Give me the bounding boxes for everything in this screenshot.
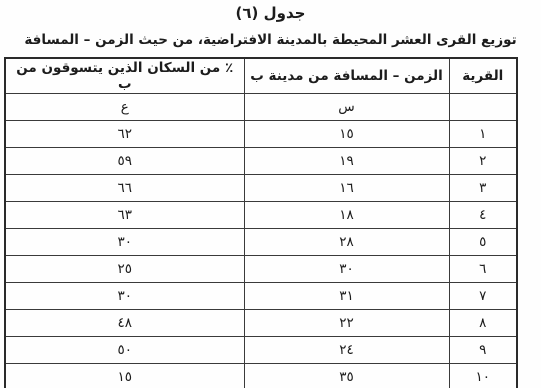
cell-village: ٨	[449, 310, 517, 337]
header-percent-shoppers: ٪ من السكان الذين يتسوقون من ب	[5, 58, 244, 94]
cell-time: ١٨	[244, 202, 449, 229]
header-village: القرية	[449, 58, 517, 94]
variable-time: س	[244, 94, 449, 121]
header-row: القرية الزمن – المسافة من مدينة ب ٪ من ا…	[5, 58, 517, 94]
table-row: ٤ ١٨ ٦٣	[5, 202, 517, 229]
table-row: ٨ ٢٢ ٤٨	[5, 310, 517, 337]
cell-time: ١٥	[244, 121, 449, 148]
header-time-distance: الزمن – المسافة من مدينة ب	[244, 58, 449, 94]
table-row: ٥ ٢٨ ٣٠	[5, 229, 517, 256]
table-row: ١٠ ٣٥ ١٥	[5, 364, 517, 388]
cell-percent: ٤٨	[5, 310, 244, 337]
cell-percent: ٦٢	[5, 121, 244, 148]
table-row: ١ ١٥ ٦٢	[5, 121, 517, 148]
cell-time: ٢٤	[244, 337, 449, 364]
table-row: ٣ ١٦ ٦٦	[5, 175, 517, 202]
cell-percent: ٦٣	[5, 202, 244, 229]
table-subtitle: توزيع القرى العشر المحيطة بالمدينة الافت…	[0, 32, 541, 48]
table-row: ٢ ١٩ ٥٩	[5, 148, 517, 175]
cell-time: ١٦	[244, 175, 449, 202]
cell-percent: ٢٥	[5, 256, 244, 283]
cell-percent: ٥٠	[5, 337, 244, 364]
cell-village: ٤	[449, 202, 517, 229]
variable-village	[449, 94, 517, 121]
cell-village: ١	[449, 121, 517, 148]
cell-village: ٥	[449, 229, 517, 256]
cell-time: ٢٢	[244, 310, 449, 337]
table-row: ٩ ٢٤ ٥٠	[5, 337, 517, 364]
table-title: جدول (٦)	[0, 4, 541, 22]
cell-percent: ٥٩	[5, 148, 244, 175]
villages-table: القرية الزمن – المسافة من مدينة ب ٪ من ا…	[4, 57, 518, 388]
cell-time: ٣٠	[244, 256, 449, 283]
variable-percent: ع	[5, 94, 244, 121]
cell-village: ٣	[449, 175, 517, 202]
variable-row: س ع	[5, 94, 517, 121]
cell-village: ١٠	[449, 364, 517, 388]
cell-percent: ٣٠	[5, 229, 244, 256]
cell-time: ٢٨	[244, 229, 449, 256]
cell-time: ٣١	[244, 283, 449, 310]
cell-village: ٧	[449, 283, 517, 310]
cell-time: ١٩	[244, 148, 449, 175]
cell-percent: ١٥	[5, 364, 244, 388]
cell-percent: ٦٦	[5, 175, 244, 202]
cell-percent: ٣٠	[5, 283, 244, 310]
document-page: جدول (٦) توزيع القرى العشر المحيطة بالمد…	[0, 0, 541, 388]
cell-village: ٢	[449, 148, 517, 175]
cell-village: ٦	[449, 256, 517, 283]
table-row: ٦ ٣٠ ٢٥	[5, 256, 517, 283]
table-row: ٧ ٣١ ٣٠	[5, 283, 517, 310]
cell-time: ٣٥	[244, 364, 449, 388]
cell-village: ٩	[449, 337, 517, 364]
